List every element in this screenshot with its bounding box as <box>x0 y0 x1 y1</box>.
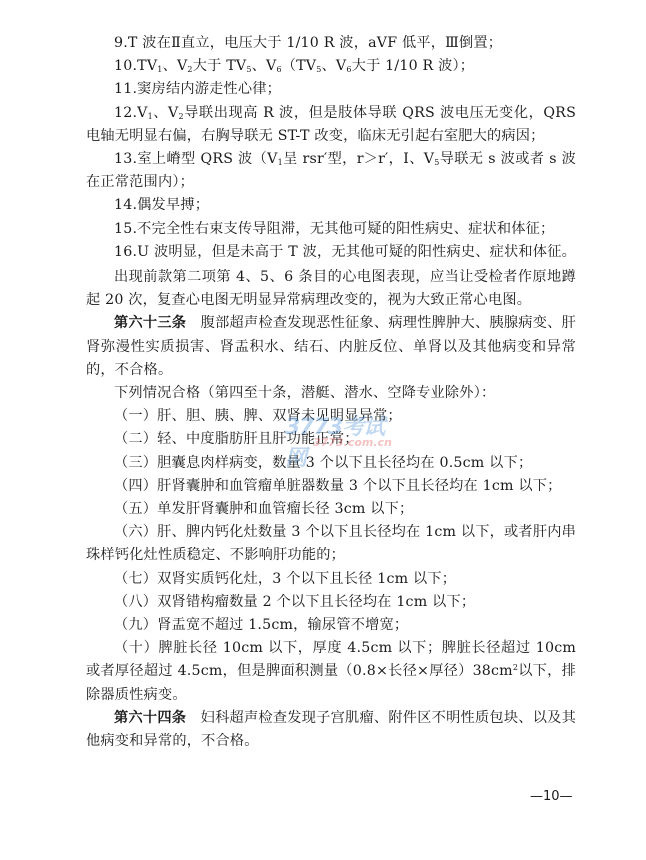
paragraph-text: 9.T 波在Ⅱ直立，电压大于 1/10 R 波，aVF 低平，Ⅲ倒置； <box>114 35 502 51</box>
qualified-item-9: （九）肾盂宽不超过 1.5cm，输尿管不增宽； <box>86 614 576 637</box>
text-run: 12.V <box>114 105 148 121</box>
paragraph-text: 15.不完全性右束支传导阻滞，无其他可疑的阳性病史、症状和体征； <box>114 221 554 237</box>
qualified-item-8: （八）双肾错构瘤数量 2 个以下且长径均在 1cm 以下； <box>86 591 576 614</box>
qualified-item-2: （二）轻、中度脂肪肝且肝功能正常； <box>86 428 576 451</box>
qualified-intro-paragraph: 下列情况合格（第四至十条，潜艇、潜水、空降专业除外）： <box>86 382 576 405</box>
text-run: （十）脾脏长径 10cm 以下，厚度 4.5cm 以下；脾脏长径超过 10cm … <box>86 640 576 679</box>
paragraph-text: 下列情况合格（第四至十条，潜艇、潜水、空降专业除外）： <box>114 385 495 401</box>
ecg-item-9: 9.T 波在Ⅱ直立，电压大于 1/10 R 波，aVF 低平，Ⅲ倒置； <box>86 32 576 55</box>
paragraph-text: 11.窦房结内游走性心律； <box>114 81 281 97</box>
paragraph-text: 出现前款第二项第 4、5、6 条目的心电图表现，应当让受检者作原地蹲起 20 次… <box>86 269 576 308</box>
paragraph-text: （九）肾盂宽不超过 1.5cm，输尿管不增宽； <box>114 617 408 633</box>
paragraph-text: （七）双肾实质钙化灶，3 个以下且长径 1cm 以下； <box>114 571 456 587</box>
qualified-item-4: （四）肝肾囊肿和血管瘤单脏器数量 3 个以下且长径均在 1cm 以下； <box>86 475 576 498</box>
paragraph-text: （八）双肾错构瘤数量 2 个以下且长径均在 1cm 以下； <box>114 594 475 610</box>
text-run: 大于 1/10 R 波）； <box>352 58 475 74</box>
page-number: —10— <box>530 789 573 804</box>
ecg-item-10: 10.TV1、V2大于 TV5、V6（TV5、V6大于 1/10 R 波）； <box>86 55 576 78</box>
ecg-item-13: 13.室上嵴型 QRS 波（V1呈 rsr′型，r＞r′，I、V5导联无 s 波… <box>86 148 576 194</box>
ecg-item-11: 11.窦房结内游走性心律； <box>86 78 576 101</box>
paragraph-text: （四）肝肾囊肿和血管瘤单脏器数量 3 个以下且长径均在 1cm 以下； <box>114 478 562 494</box>
paragraph-text: （三）胆囊息肉样病变，数量 3 个以下且长径均在 0.5cm 以下； <box>114 455 532 471</box>
article-heading: 第六十四条 <box>114 710 186 726</box>
ecg-item-16: 16.U 波明显，但是未高于 T 波，无其他可疑的阳性病史、症状和体征。 <box>86 241 576 264</box>
text-run: 大于 TV <box>193 58 247 74</box>
text-run: 、V <box>252 58 277 74</box>
paragraph-text: （二）轻、中度脂肪肝且肝功能正常； <box>114 431 359 447</box>
qualified-item-7: （七）双肾实质钙化灶，3 个以下且长径 1cm 以下； <box>86 568 576 591</box>
ecg-item-12: 12.V1、V2导联出现高 R 波，但是肢体导联 QRS 波电压无变化，QRS … <box>86 102 576 148</box>
text-run: 13.室上嵴型 QRS 波（V <box>114 151 278 167</box>
article-heading: 第六十三条 <box>114 315 186 331</box>
text-run: 、V <box>163 58 188 74</box>
qualified-item-10: （十）脾脏长径 10cm 以下，厚度 4.5cm 以下；脾脏长径超过 10cm … <box>86 637 576 707</box>
ecg-item-15: 15.不完全性右束支传导阻滞，无其他可疑的阳性病史、症状和体征； <box>86 218 576 241</box>
article-64-paragraph: 第六十四条 妇科超声检查发现子宫肌瘤、附件区不明性质包块、以及其他病变和异常的，… <box>86 707 576 753</box>
article-63-paragraph: 第六十三条 腹部超声检查发现恶性征象、病理性脾肿大、胰腺病变、肝肾弥漫性实质损害… <box>86 312 576 382</box>
text-run: （TV <box>282 58 317 74</box>
qualified-item-6: （六）肝、脾内钙化灶数量 3 个以下且长径均在 1cm 以下，或者肝内串珠样钙化… <box>86 521 576 567</box>
ecg-item-14: 14.偶发早搏； <box>86 194 576 217</box>
paragraph-text: 14.偶发早搏； <box>114 197 209 213</box>
qualified-item-1: （一）肝、胆、胰、脾、双肾未见明显异常； <box>86 405 576 428</box>
paragraph-text: 16.U 波明显，但是未高于 T 波，无其他可疑的阳性病史、症状和体征。 <box>114 244 576 260</box>
document-body: 9.T 波在Ⅱ直立，电压大于 1/10 R 波，aVF 低平，Ⅲ倒置； 10.T… <box>86 32 576 753</box>
text-run: 呈 rsr′型，r＞r′，I、V <box>283 151 434 167</box>
qualified-item-3: （三）胆囊息肉样病变，数量 3 个以下且长径均在 0.5cm 以下； <box>86 452 576 475</box>
ecg-note-paragraph: 出现前款第二项第 4、5、6 条目的心电图表现，应当让受检者作原地蹲起 20 次… <box>86 266 576 312</box>
paragraph-text: （五）单发肝肾囊肿和血管瘤长径 3cm 以下； <box>114 501 413 517</box>
document-page: 9.T 波在Ⅱ直立，电压大于 1/10 R 波，aVF 低平，Ⅲ倒置； 10.T… <box>0 0 646 860</box>
paragraph-text: （六）肝、脾内钙化灶数量 3 个以下且长径均在 1cm 以下，或者肝内串珠样钙化… <box>86 524 576 563</box>
paragraph-text: （一）肝、胆、胰、脾、双肾未见明显异常； <box>114 408 402 424</box>
text-run: 10.TV <box>114 58 157 74</box>
text-run: 、V <box>153 105 179 121</box>
text-run: 、V <box>322 58 347 74</box>
qualified-item-5: （五）单发肝肾囊肿和血管瘤长径 3cm 以下； <box>86 498 576 521</box>
